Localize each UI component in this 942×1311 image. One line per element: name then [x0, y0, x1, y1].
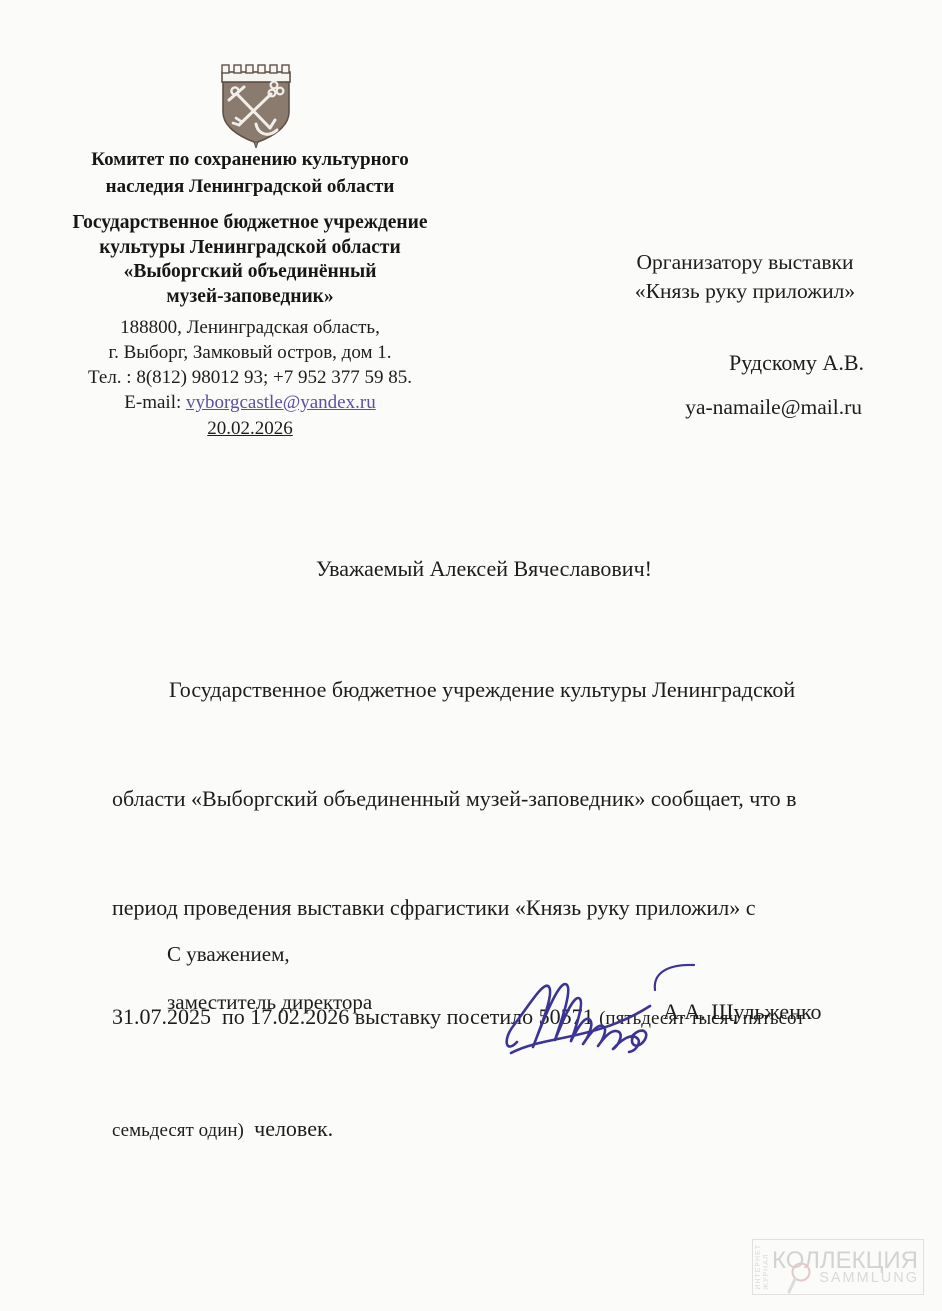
watermark-vertical-top: ИНТЕРНЕТ: [755, 1244, 762, 1290]
date-line-wrap: 20.02.2026: [30, 415, 470, 441]
sender-email-link[interactable]: vyborgcastle@yandex.ru: [186, 392, 376, 413]
closing-regards: С уважением,: [167, 942, 290, 967]
committee-line: Комитет по сохранению культурного: [30, 146, 470, 173]
watermark-main: КОЛЛЕКЦИЯ SAMMLUNG: [772, 1249, 923, 1286]
institution-name: Государственное бюджетное учреждение кул…: [30, 211, 470, 309]
body-line: семьдесят один) человек.: [112, 1111, 892, 1149]
watermark-vertical-bottom: ЖУРНАЛ: [763, 1244, 770, 1290]
institution-line: «Выборгский объединённый: [30, 260, 470, 285]
watermark: ИНТЕРНЕТ ЖУРНАЛ КОЛЛЕКЦИЯ SAMMLUNG: [752, 1239, 924, 1295]
body-line-segment-small: семьдесят один): [112, 1120, 249, 1141]
recipient-line-1: Организатору выставки: [600, 248, 890, 277]
committee-name: Комитет по сохранению культурного наслед…: [30, 146, 470, 200]
address-block: 188800, Ленинградская область, г. Выборг…: [30, 315, 470, 441]
letter-date: 20.02.2026: [207, 416, 293, 441]
recipient-line-2: «Князь руку приложил»: [600, 277, 890, 306]
scanned-letter-page: Комитет по сохранению культурного наслед…: [0, 0, 942, 1311]
coat-of-arms-icon: [216, 62, 296, 148]
address-line-1: 188800, Ленинградская область,: [30, 315, 470, 340]
email-label: E-mail:: [124, 392, 186, 413]
body-line: период проведения выставки сфрагистики «…: [112, 890, 892, 926]
recipient-block: Организатору выставки «Князь руку прилож…: [600, 248, 890, 306]
institution-line: Государственное бюджетное учреждение: [30, 211, 470, 236]
institution-line: культуры Ленинградской области: [30, 236, 470, 261]
address-line-2: г. Выборг, Замковый остров, дом 1.: [30, 340, 470, 365]
email-line: E-mail: vyborgcastle@yandex.ru: [30, 390, 470, 415]
recipient-email: ya-namaile@mail.ru: [600, 395, 862, 420]
phone-line: Тел. : 8(812) 98012 93; +7 952 377 59 85…: [30, 365, 470, 390]
body-paragraph: Государственное бюджетное учреждение кул…: [112, 599, 892, 1222]
watermark-title: КОЛЛЕКЦИЯ: [772, 1249, 923, 1273]
recipient-name: Рудскому А.В.: [600, 350, 864, 376]
body-line: Государственное бюджетное учреждение кул…: [112, 672, 892, 708]
watermark-vertical-text: ИНТЕРНЕТ ЖУРНАЛ: [755, 1244, 770, 1290]
body-line-segment: человек.: [249, 1116, 334, 1141]
closing-position: заместитель директора: [167, 990, 372, 1015]
salutation: Уважаемый Алексей Вячеславович!: [112, 556, 856, 582]
signer-name: А.А. Шульженко: [663, 999, 822, 1025]
body-line: области «Выборгский объединенный музей-з…: [112, 781, 892, 817]
committee-line: наследия Ленинградской области: [30, 173, 470, 200]
institution-line: музей-заповедник»: [30, 285, 470, 310]
